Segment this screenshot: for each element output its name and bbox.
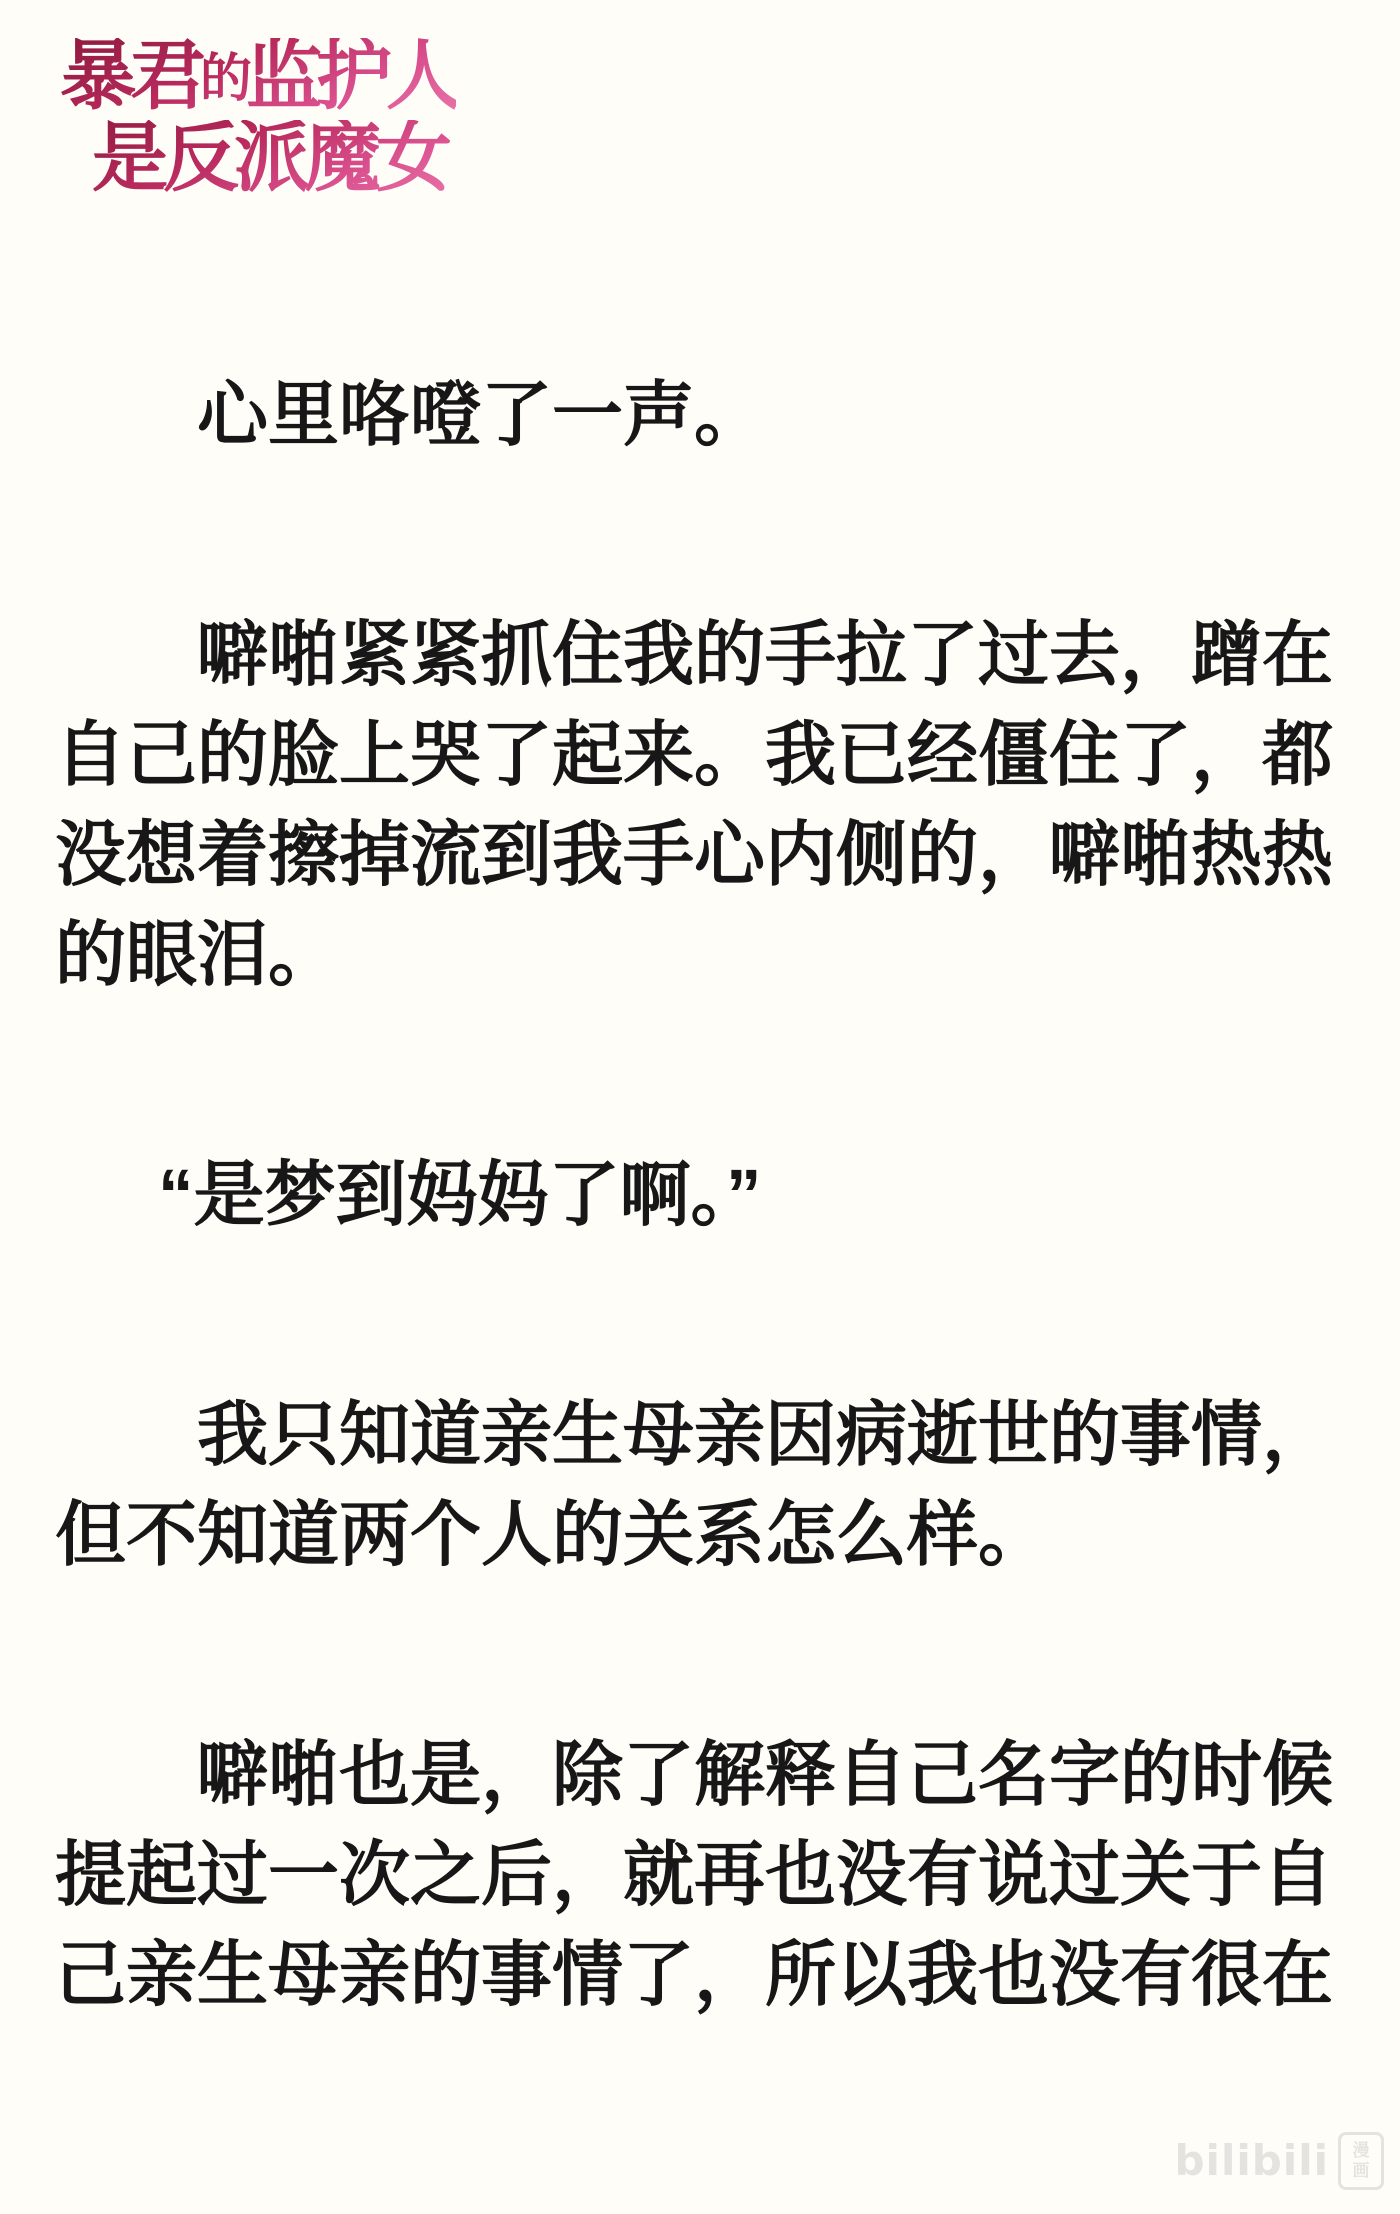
paragraph-dialogue: “是梦到妈妈了啊。” — [55, 1146, 1345, 1246]
paragraph: 我只知道亲生母亲因病逝世的事情，但不知道两个人的关系怎么样。 — [55, 1386, 1345, 1586]
bilibili-logo-text: bilibili — [1174, 2140, 1329, 2182]
paragraph: 噼啪紧紧抓住我的手拉了过去，蹭在自己的脸上哭了起来。我已经僵住了，都没想着擦掉流… — [55, 606, 1345, 1006]
logo-line-2: 是反派魔女 — [60, 120, 456, 196]
manga-text-page: 暴君的监护人 是反派魔女 心里咯噔了一声。 噼啪紧紧抓住我的手拉了过去，蹭在自己… — [0, 0, 1400, 2214]
manga-badge-label: 漫画 — [1353, 2141, 1370, 2181]
site-logo: 暴君的监护人 是反派魔女 — [60, 38, 456, 196]
paragraph: 噼啪也是，除了解释自己名字的时候提起过一次之后，就再也没有说过关于自己亲生母亲的… — [55, 1726, 1345, 2026]
logo-title-part1: 暴君 — [60, 31, 200, 120]
paragraph: 心里咯噔了一声。 — [55, 366, 1345, 466]
logo-title-part3: 监护人 — [246, 31, 456, 120]
logo-line-1: 暴君的监护人 — [60, 38, 456, 114]
bilibili-watermark: bilibili 漫画 — [1174, 2132, 1384, 2190]
story-text: 心里咯噔了一声。 噼啪紧紧抓住我的手拉了过去，蹭在自己的脸上哭了起来。我已经僵住… — [55, 366, 1345, 2026]
manga-badge: 漫画 — [1338, 2132, 1384, 2190]
logo-title-part2: 的 — [200, 48, 246, 109]
